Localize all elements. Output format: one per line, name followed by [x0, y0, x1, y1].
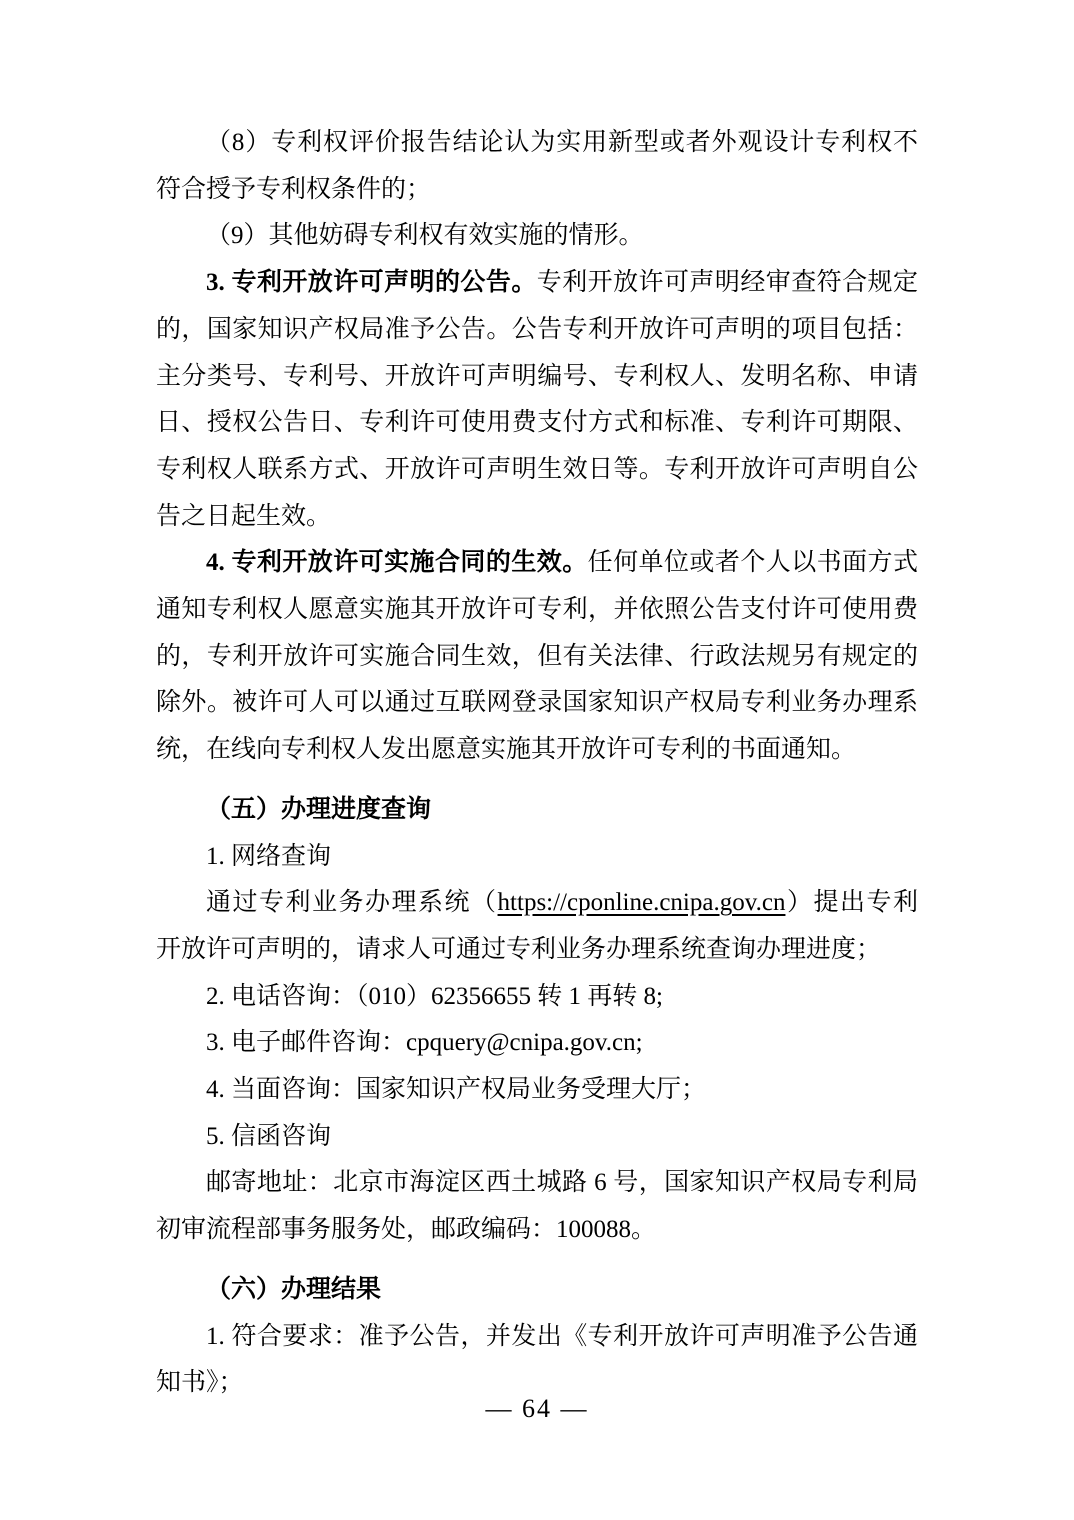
document-body: （8）专利权评价报告结论认为实用新型或者外观设计专利权不符合授予专利权条件的； … [156, 120, 918, 1407]
section-3-body: 专利开放许可声明经审查符合规定的，国家知识产权局准予公告。公告专利开放许可声明的… [156, 269, 918, 530]
paragraph-query-2-phone: 2. 电话咨询：（010）62356655 转 1 再转 8; [156, 974, 918, 1021]
paragraph-item-9: （9）其他妨碍专利权有效实施的情形。 [156, 213, 918, 260]
paragraph-section-4: 4. 专利开放许可实施合同的生效。任何单位或者个人以书面方式通知专利权人愿意实施… [156, 540, 918, 774]
paragraph-query-4-inperson: 4. 当面咨询：国家知识产权局业务受理大厅； [156, 1067, 918, 1114]
paragraph-mail-address: 邮寄地址：北京市海淀区西土城路 6 号，国家知识产权局专利局初审流程部事务服务处… [156, 1160, 918, 1253]
page-number-footer: — 64 — [0, 1386, 1074, 1433]
document-page: （8）专利权评价报告结论认为实用新型或者外观设计专利权不符合授予专利权条件的； … [0, 0, 1074, 1520]
section-3-title: 3. 专利开放许可声明的公告。 [206, 269, 537, 296]
paragraph-section-3: 3. 专利开放许可声明的公告。专利开放许可声明经审查符合规定的，国家知识产权局准… [156, 260, 918, 540]
paragraph-query-5-letter: 5. 信函咨询 [156, 1114, 918, 1161]
section-4-title: 4. 专利开放许可实施合同的生效。 [206, 549, 588, 576]
paragraph-query-3-email: 3. 电子邮件咨询：cpquery@cnipa.gov.cn; [156, 1020, 918, 1067]
paragraph-query-1: 1. 网络查询 [156, 834, 918, 881]
query-1-detail-pre: 通过专利业务办理系统（ [206, 889, 498, 916]
section-4-body: 任何单位或者个人以书面方式通知专利权人愿意实施其开放许可专利，并依照公告支付许可… [156, 549, 918, 763]
cponline-url-link[interactable]: https://cponline.cnipa.gov.cn [498, 889, 786, 916]
paragraph-item-8: （8）专利权评价报告结论认为实用新型或者外观设计专利权不符合授予专利权条件的； [156, 120, 918, 213]
heading-section-6: （六）办理结果 [156, 1267, 918, 1314]
heading-section-5: （五）办理进度查询 [156, 787, 918, 834]
paragraph-query-1-detail: 通过专利业务办理系统（https://cponline.cnipa.gov.cn… [156, 880, 918, 973]
